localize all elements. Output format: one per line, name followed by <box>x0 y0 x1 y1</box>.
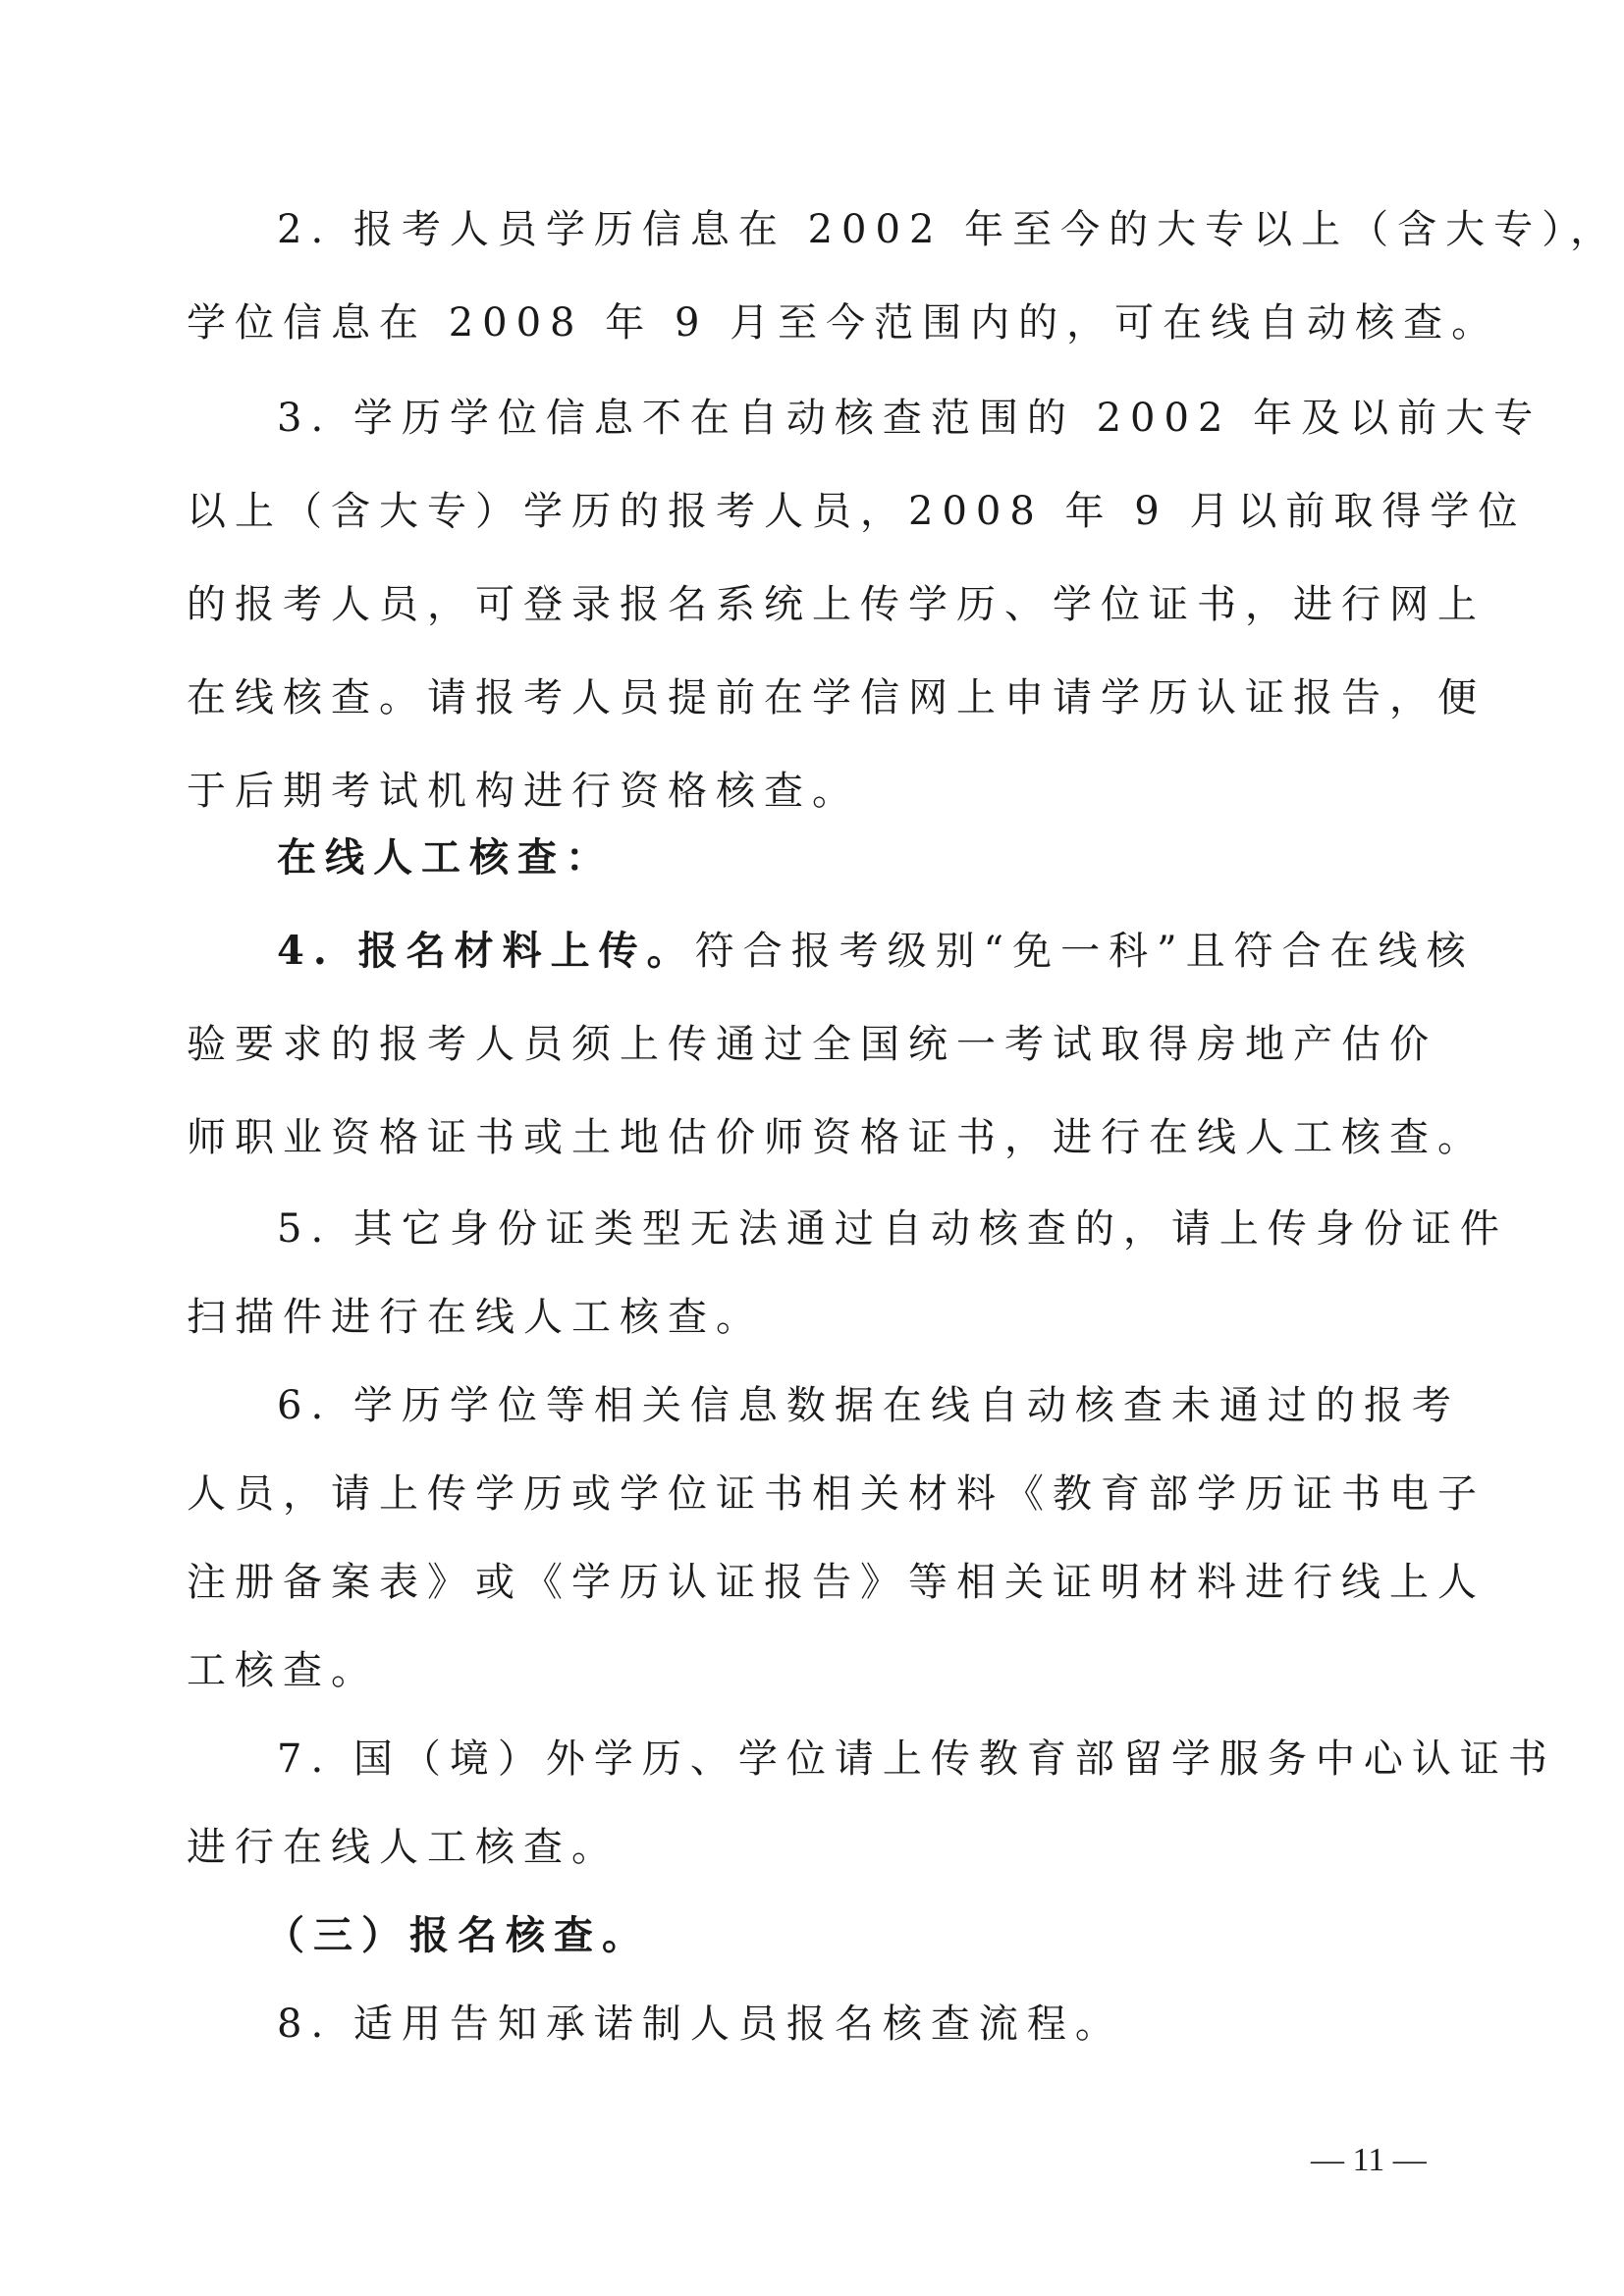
item-4-line-1-text: 符合报考级别“免一科”且符合在线核 <box>695 929 1475 974</box>
item-7-line-1: 7. 国（境）外学历、学位请上传教育部留学服务中心认证书 <box>277 1735 1556 1783</box>
item-4-line-1: 4. 报名材料上传。符合报考级别“免一科”且符合在线核 <box>277 928 1475 975</box>
item-6-line-3: 注册备案表》或《学历认证报告》等相关证明材料进行线上人 <box>187 1559 1486 1606</box>
item-8-line-1: 8. 适用告知承诺制人员报名核查流程。 <box>277 2001 1123 2048</box>
heading-section-3: （三）报名核查。 <box>265 1912 650 1959</box>
item-3-line-2: 以上（含大专）学历的报考人员，2008 年 9 月以前取得学位 <box>187 488 1526 535</box>
item-5-line-1: 5. 其它身份证类型无法通过自动核查的，请上传身份证件 <box>277 1205 1508 1253</box>
item-3-line-4: 在线核查。请报考人员提前在学信网上申请学历认证报告，便 <box>187 674 1486 721</box>
item-6-line-2: 人员，请上传学历或学位证书相关材料《教育部学历证书电子 <box>187 1470 1486 1518</box>
heading-online-manual-check: 在线人工核查： <box>277 834 614 881</box>
item-6-line-4: 工核查。 <box>187 1647 379 1694</box>
item-4-line-2: 验要求的报考人员须上传通过全国统一考试取得房地产估价 <box>187 1021 1437 1068</box>
page-number: — 11 — <box>1311 2142 1427 2179</box>
document-page: 2. 报考人员学历信息在 2002 年至今的大专以上（含大专）， 学位信息在 2… <box>0 0 1624 2296</box>
item-4-line-3: 师职业资格证书或土地估价师资格证书，进行在线人工核查。 <box>187 1114 1486 1161</box>
item-2-line-2: 学位信息在 2008 年 9 月至今范围内的，可在线自动核查。 <box>187 299 1499 347</box>
item-3-line-3: 的报考人员，可登录报名系统上传学历、学位证书，进行网上 <box>187 581 1486 628</box>
item-5-line-2: 扫描件进行在线人工核查。 <box>187 1294 764 1341</box>
item-7-line-2: 进行在线人工核查。 <box>187 1824 620 1871</box>
item-3-line-5: 于后期考试机构进行资格核查。 <box>187 768 860 815</box>
item-4-bold-lead: 4. 报名材料上传。 <box>277 928 695 974</box>
item-6-line-1: 6. 学历学位等相关信息数据在线自动核查未通过的报考 <box>277 1382 1460 1429</box>
item-2-line-1: 2. 报考人员学历信息在 2002 年至今的大专以上（含大专）， <box>277 206 1618 253</box>
item-3-line-1: 3. 学历学位信息不在自动核查范围的 2002 年及以前大专 <box>277 395 1542 442</box>
